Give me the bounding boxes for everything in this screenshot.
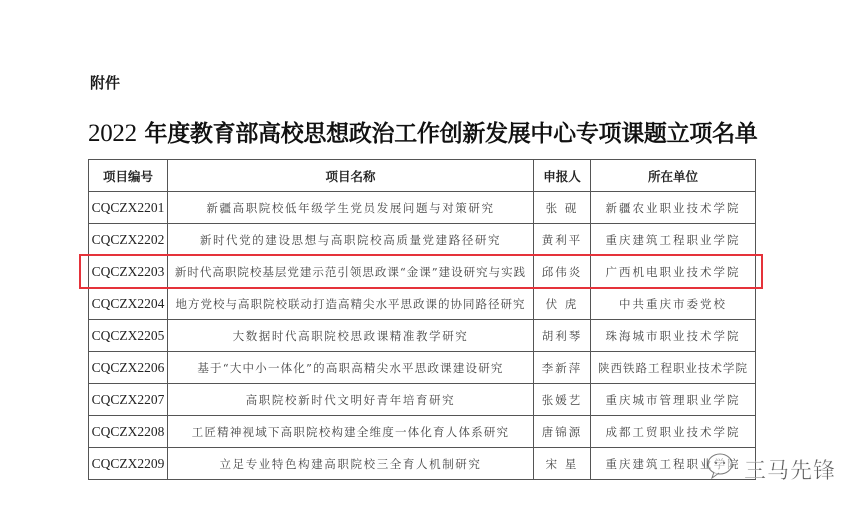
applicant-name: 胡利琴	[534, 320, 591, 352]
project-name: 大数据时代高职院校思政课精准教学研究	[168, 320, 534, 352]
project-code: CQCZX2205	[89, 320, 168, 352]
table-row: CQCZX2206 基于“大中小一体化”的高职高精尖水平思政课建设研究 李新萍 …	[89, 352, 756, 384]
table-row-highlighted: CQCZX2203 新时代高职院校基层党建示范引领思政课“金课”建设研究与实践 …	[89, 256, 756, 288]
table-row: CQCZX2204 地方党校与高职院校联动打造高精尖水平思政课的协同路径研究 伏…	[89, 288, 756, 320]
applicant-name: 黄利平	[534, 224, 591, 256]
applicant-name: 唐锦源	[534, 416, 591, 448]
header-applicant: 申报人	[534, 160, 591, 192]
header-code: 项目编号	[89, 160, 168, 192]
applicant-name: 李新萍	[534, 352, 591, 384]
title-year: 2022	[88, 120, 137, 147]
project-name: 新时代党的建设思想与高职院校高质量党建路径研究	[168, 224, 534, 256]
organization: 中共重庆市委党校	[591, 288, 756, 320]
organization: 广西机电职业技术学院	[591, 256, 756, 288]
table-header-row: 项目编号 项目名称 申报人 所在单位	[89, 160, 756, 192]
organization: 成都工贸职业技术学院	[591, 416, 756, 448]
header-name: 项目名称	[168, 160, 534, 192]
project-code: CQCZX2203	[89, 256, 168, 288]
title-text: 年度教育部高校思想政治工作创新发展中心专项课题立项名单	[137, 120, 758, 147]
project-code: CQCZX2209	[89, 448, 168, 480]
table-row: CQCZX2207 高职院校新时代文明好青年培育研究 张媛艺 重庆城市管理职业学…	[89, 384, 756, 416]
project-code: CQCZX2204	[89, 288, 168, 320]
project-code: CQCZX2206	[89, 352, 168, 384]
organization: 珠海城市职业技术学院	[591, 320, 756, 352]
organization: 新疆农业职业技术学院	[591, 192, 756, 224]
project-code: CQCZX2202	[89, 224, 168, 256]
watermark-text: 三马先锋	[744, 454, 836, 485]
project-name: 基于“大中小一体化”的高职高精尖水平思政课建设研究	[168, 352, 534, 384]
project-name: 新时代高职院校基层党建示范引领思政课“金课”建设研究与实践	[168, 256, 534, 288]
project-name: 地方党校与高职院校联动打造高精尖水平思政课的协同路径研究	[168, 288, 534, 320]
header-org: 所在单位	[591, 160, 756, 192]
table-row: CQCZX2208 工匠精神视域下高职院校构建全维度一体化育人体系研究 唐锦源 …	[89, 416, 756, 448]
table-row: CQCZX2205 大数据时代高职院校思政课精准教学研究 胡利琴 珠海城市职业技…	[89, 320, 756, 352]
table-row: CQCZX2201 新疆高职院校低年级学生党员发展问题与对策研究 张 砚 新疆农…	[89, 192, 756, 224]
organization: 陕西铁路工程职业技术学院	[591, 352, 756, 384]
applicant-name: 张 砚	[534, 192, 591, 224]
table-row: CQCZX2209 立足专业特色构建高职院校三全育人机制研究 宋 星 重庆建筑工…	[89, 448, 756, 480]
project-name: 新疆高职院校低年级学生党员发展问题与对策研究	[168, 192, 534, 224]
applicant-name: 宋 星	[534, 448, 591, 480]
project-list-table: 项目编号 项目名称 申报人 所在单位 CQCZX2201 新疆高职院校低年级学生…	[88, 159, 756, 480]
project-name: 高职院校新时代文明好青年培育研究	[168, 384, 534, 416]
organization: 重庆建筑工程职业学院	[591, 224, 756, 256]
watermark: 三马先锋	[706, 452, 836, 486]
attachment-label: 附件	[90, 72, 120, 93]
applicant-name: 邱伟炎	[534, 256, 591, 288]
organization: 重庆城市管理职业学院	[591, 384, 756, 416]
applicant-name: 张媛艺	[534, 384, 591, 416]
wechat-icon	[706, 452, 740, 486]
applicant-name: 伏 虎	[534, 288, 591, 320]
project-code: CQCZX2208	[89, 416, 168, 448]
project-name: 工匠精神视域下高职院校构建全维度一体化育人体系研究	[168, 416, 534, 448]
document-title: 2022 年度教育部高校思想政治工作创新发展中心专项课题立项名单	[88, 115, 768, 148]
table-row: CQCZX2202 新时代党的建设思想与高职院校高质量党建路径研究 黄利平 重庆…	[89, 224, 756, 256]
project-name: 立足专业特色构建高职院校三全育人机制研究	[168, 448, 534, 480]
project-code: CQCZX2201	[89, 192, 168, 224]
project-code: CQCZX2207	[89, 384, 168, 416]
